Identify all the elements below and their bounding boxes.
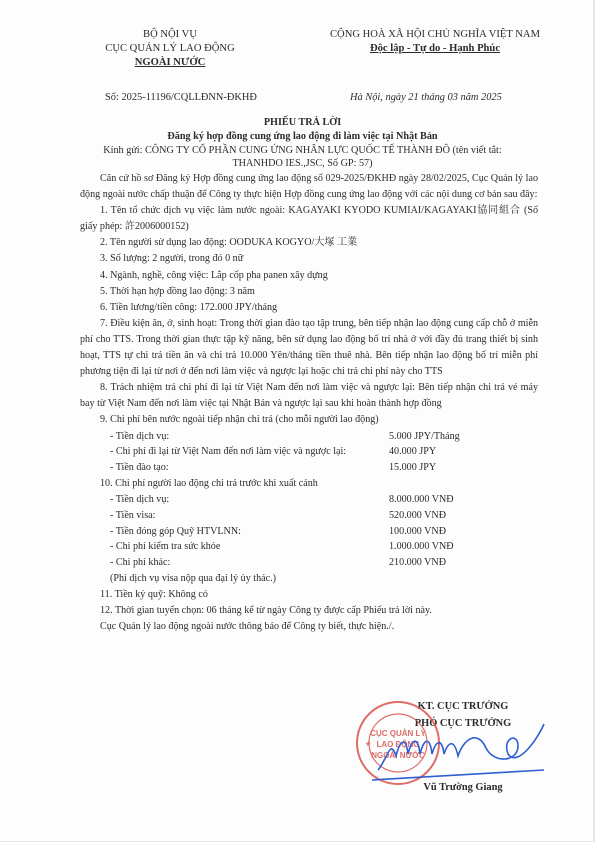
intro-paragraph: Căn cứ hồ sơ Đăng ký Hợp đồng cung ứng l… bbox=[80, 171, 538, 203]
visa-fee-note: (Phí dịch vụ visa nộp qua đại lý ủy thác… bbox=[80, 571, 538, 587]
cost-row: - Tiền visa:520.000 VNĐ bbox=[80, 508, 538, 524]
ministry-name: BỘ NỘI VỤ bbox=[96, 28, 244, 42]
cost-row: - Tiền dịch vụ:8.000.000 VNĐ bbox=[80, 492, 538, 508]
national-header: CỘNG HOÀ XÃ HỘI CHỦ NGHĨA VIỆT NAM Độc l… bbox=[290, 28, 580, 56]
item-8: 8. Trách nhiệm trả chi phí đi lại từ Việ… bbox=[80, 380, 538, 412]
cost-value: 520.000 VNĐ bbox=[389, 508, 446, 524]
cost-value: 40.000 JPY bbox=[389, 444, 436, 460]
document-title-block: PHIẾU TRẢ LỜI Đăng ký hợp đồng cung ứng … bbox=[60, 116, 545, 171]
addressee-line1: Kính gửi: CÔNG TY CỔ PHẦN CUNG ỨNG NHÂN … bbox=[60, 144, 545, 158]
worker-costs-list: - Tiền dịch vụ:8.000.000 VNĐ- Tiền visa:… bbox=[80, 492, 538, 571]
place-date: Hà Nội, ngày 21 tháng 03 năm 2025 bbox=[350, 92, 502, 103]
cost-value: 100.000 VNĐ bbox=[389, 524, 446, 540]
cost-label: - Tiền dịch vụ: bbox=[110, 429, 389, 445]
department-name-line2: NGOÀI NƯỚC bbox=[96, 56, 244, 70]
item-2: 2. Tên người sử dụng lao động: OODUKA KO… bbox=[80, 235, 538, 251]
item-3: 3. Số lượng: 2 người, trong đó 0 nữ bbox=[80, 251, 538, 267]
cost-row: - Chi phí khác:210.000 VNĐ bbox=[80, 555, 538, 571]
item-6: 6. Tiền lương/tiền công: 172.000 JPY/thá… bbox=[80, 300, 538, 316]
item-1: 1. Tên tổ chức dịch vụ việc làm nước ngo… bbox=[80, 203, 538, 235]
handwritten-signature-icon bbox=[368, 718, 548, 788]
cost-row: - Tiền đóng góp Quỹ HTVLNN:100.000 VNĐ bbox=[80, 524, 538, 540]
issuer-header: BỘ NỘI VỤ CỤC QUẢN LÝ LAO ĐỘNG NGOÀI NƯỚ… bbox=[96, 28, 244, 70]
closing-statement: Cục Quản lý lao động ngoài nước thông bá… bbox=[80, 619, 538, 635]
item-7: 7. Điều kiện ăn, ở, sinh hoạt: Trong thờ… bbox=[80, 316, 538, 380]
item-4: 4. Ngành, nghề, công việc: Lắp cốp pha p… bbox=[80, 268, 538, 284]
visa-fee-note-text: (Phí dịch vụ visa nộp qua đại lý ủy thác… bbox=[110, 571, 276, 587]
country-name: CỘNG HOÀ XÃ HỘI CHỦ NGHĨA VIỆT NAM bbox=[290, 28, 580, 42]
cost-row: - Tiền dịch vụ:5.000 JPY/Tháng bbox=[80, 429, 538, 445]
cost-row: - Chi phí đi lại từ Việt Nam đến nơi làm… bbox=[80, 444, 538, 460]
cost-value: 5.000 JPY/Tháng bbox=[389, 429, 460, 445]
document-subtitle: Đăng ký hợp đồng cung ứng lao động đi là… bbox=[60, 130, 545, 144]
document-body: Căn cứ hồ sơ Đăng ký Hợp đồng cung ứng l… bbox=[80, 171, 538, 635]
cost-label: - Tiền dịch vụ: bbox=[110, 492, 389, 508]
cost-label: - Tiền đào tạo: bbox=[110, 460, 389, 476]
cost-label: - Tiền visa: bbox=[110, 508, 389, 524]
item-9-heading: 9. Chi phí bên nước ngoài tiếp nhận chi … bbox=[80, 412, 538, 428]
foreign-costs-list: - Tiền dịch vụ:5.000 JPY/Tháng- Chi phí … bbox=[80, 429, 538, 476]
national-motto: Độc lập - Tự do - Hạnh Phúc bbox=[290, 42, 580, 56]
document-title: PHIẾU TRẢ LỜI bbox=[60, 116, 545, 130]
addressee-line2: THANHDO IES.,JSC, Số GP: 57) bbox=[60, 157, 545, 171]
cost-label: - Chi phí kiểm tra sức khỏe bbox=[110, 539, 389, 555]
cost-label: - Tiền đóng góp Quỹ HTVLNN: bbox=[110, 524, 389, 540]
cost-label: - Chi phí khác: bbox=[110, 555, 389, 571]
item-11: 11. Tiền ký quỹ: Không có bbox=[80, 587, 538, 603]
cost-value: 210.000 VNĐ bbox=[389, 555, 446, 571]
reference-number: Số: 2025-11196/CQLLĐNN-ĐKHĐ bbox=[105, 92, 257, 103]
department-name-line1: CỤC QUẢN LÝ LAO ĐỘNG bbox=[96, 42, 244, 56]
cost-label: - Chi phí đi lại từ Việt Nam đến nơi làm… bbox=[110, 444, 389, 460]
item-10-heading: 10. Chi phí người lao động chi trả trước… bbox=[80, 476, 538, 492]
cost-value: 8.000.000 VNĐ bbox=[389, 492, 454, 508]
cost-value: 15.000 JPY bbox=[389, 460, 436, 476]
item-12: 12. Thời gian tuyển chọn: 06 tháng kể từ… bbox=[80, 603, 538, 619]
cost-row: - Tiền đào tạo:15.000 JPY bbox=[80, 460, 538, 476]
cost-row: - Chi phí kiểm tra sức khỏe1.000.000 VNĐ bbox=[80, 539, 538, 555]
item-5: 5. Thời hạn hợp đồng lao động: 3 năm bbox=[80, 284, 538, 300]
cost-value: 1.000.000 VNĐ bbox=[389, 539, 454, 555]
